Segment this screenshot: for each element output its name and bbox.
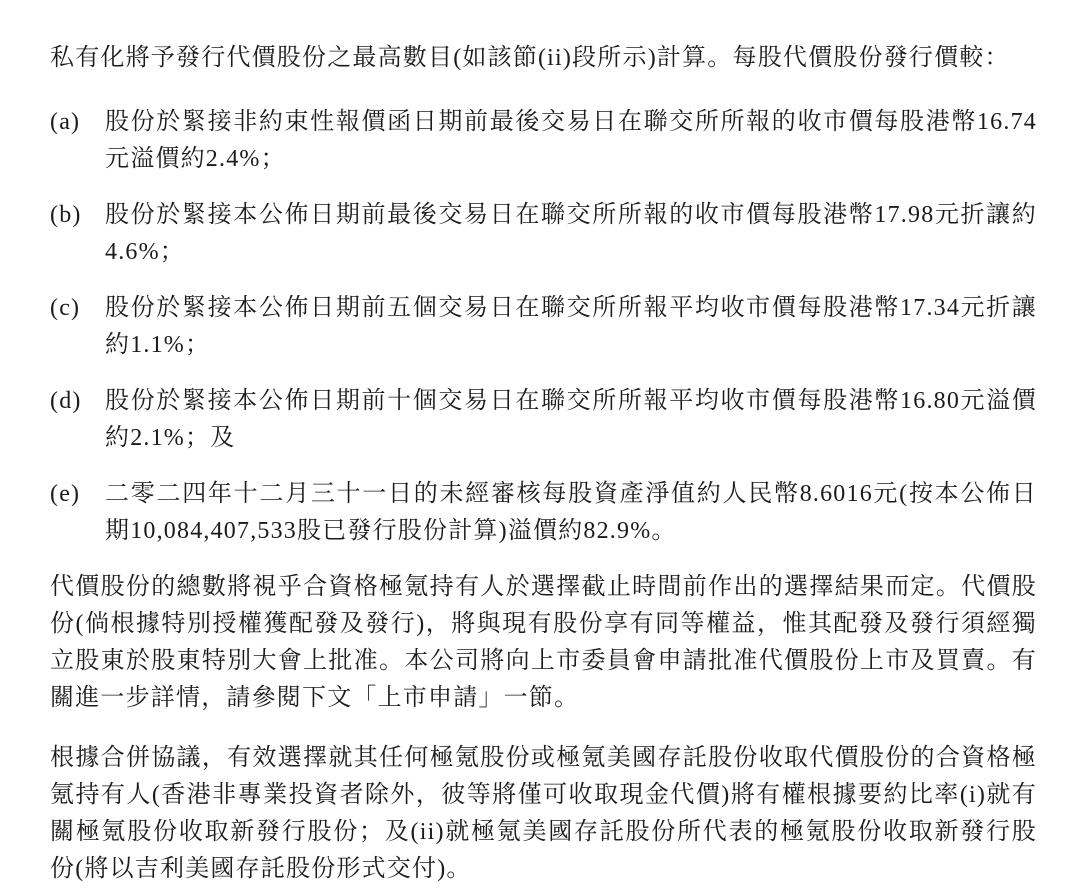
paragraph-consideration-shares-total: 代價股份的總數將視乎合資格極氪持有人於選擇截止時間前作出的選擇結果而定。代價股份… <box>50 569 1037 717</box>
item-label-b: (b) <box>50 197 105 271</box>
item-text-e: 二零二四年十二月三十一日的未經審核每股資產淨值約人民幣8.6016元(按本公佈日… <box>105 476 1037 550</box>
paragraph-merger-agreement-election: 根據合併協議，有效選擇就其任何極氪股份或極氪美國存託股份收取代價股份的合資格極氪… <box>50 740 1037 888</box>
item-text-c: 股份於緊接本公佈日期前五個交易日在聯交所所報平均收市價每股港幣17.34元折讓約… <box>105 290 1037 364</box>
list-item-e: (e) 二零二四年十二月三十一日的未經審核每股資產淨值約人民幣8.6016元(按… <box>50 476 1037 550</box>
item-label-d: (d) <box>50 383 105 457</box>
list-item-a: (a) 股份於緊接非約束性報價函日期前最後交易日在聯交所所報的收市價每股港幣16… <box>50 104 1037 178</box>
item-text-b: 股份於緊接本公佈日期前最後交易日在聯交所所報的收市價每股港幣17.98元折讓約4… <box>105 197 1037 271</box>
item-text-d: 股份於緊接本公佈日期前十個交易日在聯交所所報平均收市價每股港幣16.80元溢價約… <box>105 383 1037 457</box>
list-item-c: (c) 股份於緊接本公佈日期前五個交易日在聯交所所報平均收市價每股港幣17.34… <box>50 290 1037 364</box>
list-item-d: (d) 股份於緊接本公佈日期前十個交易日在聯交所所報平均收市價每股港幣16.80… <box>50 383 1037 457</box>
item-label-a: (a) <box>50 104 105 178</box>
intro-paragraph: 私有化將予發行代價股份之最高數目(如該節(ii)段所示)計算。每股代價股份發行價… <box>50 40 1037 77</box>
item-label-e: (e) <box>50 476 105 550</box>
item-text-a: 股份於緊接非約束性報價函日期前最後交易日在聯交所所報的收市價每股港幣16.74元… <box>105 104 1037 178</box>
document-page: 私有化將予發行代價股份之最高數目(如該節(ii)段所示)計算。每股代價股份發行價… <box>0 0 1080 893</box>
item-label-c: (c) <box>50 290 105 364</box>
list-item-b: (b) 股份於緊接本公佈日期前最後交易日在聯交所所報的收市價每股港幣17.98元… <box>50 197 1037 271</box>
